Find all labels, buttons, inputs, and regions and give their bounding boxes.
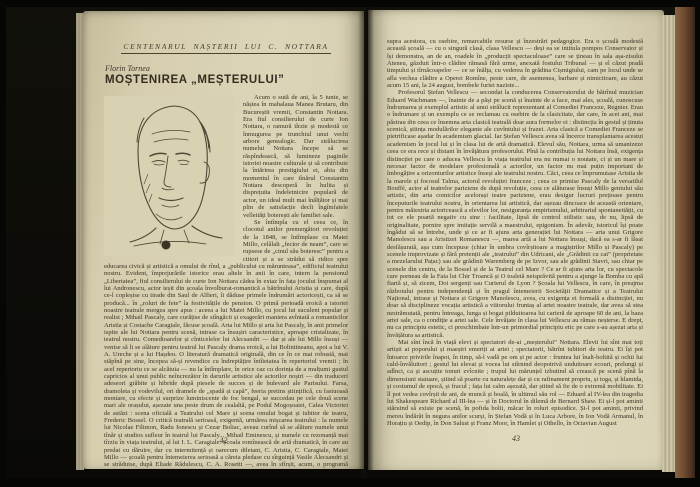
page-block-edge-right — [662, 15, 675, 472]
series-header: CENTENARUL NAȘTERII LUI C. NOTTARA — [104, 36, 348, 54]
article-title: MOȘTENIREA „MEȘTERULUI” — [105, 74, 348, 86]
left-page: CENTENARUL NAȘTERII LUI C. NOTTARA Flori… — [83, 11, 364, 469]
paragraph: Se întîmpla cu el ceea ce, în clocotul a… — [104, 219, 348, 469]
paragraph: Mai sînt încă în viață elevi și spectato… — [387, 339, 643, 427]
page-number-right: 43 — [368, 434, 664, 443]
book-cover-right-edge — [675, 7, 695, 478]
book-spread: CENTENARUL NAȘTERII LUI C. NOTTARA Flori… — [6, 7, 695, 478]
left-page-body: Acum o sută de ani, la 5 iunie, se năște… — [104, 94, 348, 469]
photo-frame: CENTENARUL NAȘTERII LUI C. NOTTARA Flori… — [0, 0, 700, 487]
right-page-body: supra acestora, cu osebire, remarcabile … — [387, 38, 643, 427]
book-gutter-shadow — [358, 7, 374, 478]
paragraph: Profesorul Ștefan Vellescu — secondat la… — [387, 89, 643, 339]
series-header-text: CENTENARUL NAȘTERII LUI C. NOTTARA — [121, 42, 330, 54]
paragraph: supra acestora, cu osebire, remarcabile … — [387, 38, 643, 89]
page-number-left: 42 — [83, 436, 364, 445]
nottara-portrait-sketch-icon — [104, 96, 234, 256]
author-name: Florin Tornea — [105, 64, 348, 73]
book-cover-left-edge — [6, 7, 82, 478]
right-page: supra acestora, cu osebire, remarcabile … — [368, 10, 664, 470]
